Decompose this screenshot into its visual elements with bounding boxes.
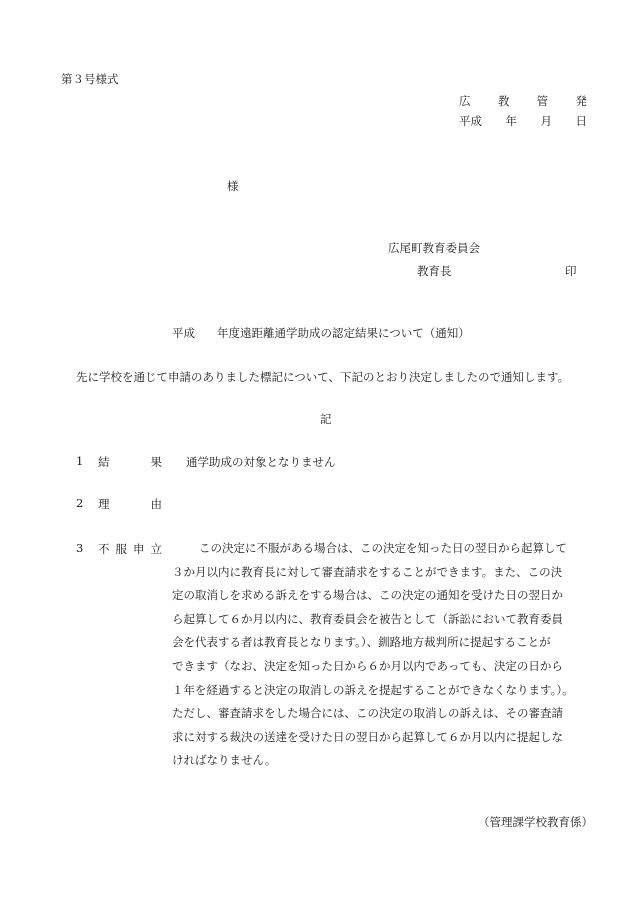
doc-number-part: 教 <box>498 93 510 109</box>
appeal-line: ければなりません。 <box>172 749 592 773</box>
ki-heading: 記 <box>320 411 332 427</box>
appeal-line: ら起算して６か月以内に、教育委員会を被告として（訴訟において教育委員 <box>172 608 592 632</box>
appeal-line: できます（なお、決定を知った日から６か月以内であっても、決定の日から <box>172 655 592 679</box>
date-day: 日 <box>576 113 588 129</box>
date-era: 平成 <box>459 113 482 129</box>
date-month: 月 <box>541 113 553 129</box>
appeal-line: 求に対する裁決の送達を受けた日の翌日から起算して６か月以内に提起しな <box>172 726 592 750</box>
appeal-line: ３か月以内に教育長に対して審査請求をすることができます。また、この決 <box>172 561 592 585</box>
item-number: 2 <box>76 496 83 510</box>
doc-number-part: 広 <box>459 93 471 109</box>
appeal-paragraph: この決定に不服がある場合は、この決定を知った日の翌日から起算して ３か月以内に教… <box>172 537 592 773</box>
item-value-result: 通学助成の対象となりません <box>186 454 336 470</box>
issuer-title: 教育長 <box>417 263 452 279</box>
doc-number-part: 発 <box>575 93 587 109</box>
doc-number-part: 管 <box>537 93 549 109</box>
footer-department: （管理課学校教育係） <box>478 814 593 830</box>
issuer-organization: 広尾町教育委員会 <box>388 240 480 256</box>
subject-text: 年度遠距離通学助成の認定結果について（通知） <box>217 326 470 340</box>
issue-date: 平成 年 月 日 <box>459 113 587 129</box>
item-number: 1 <box>76 454 83 468</box>
appeal-line: 会を代表する者は教育長となります。）、釧路地方裁判所に提起することが <box>172 631 592 655</box>
item-label-reason: 理 由 <box>98 496 162 512</box>
appeal-line: 定の取消しを求める訴えをする場合は、この決定の通知を受けた日の翌日か <box>172 584 592 608</box>
item-label-appeal: 不 服 申 立 <box>98 541 162 557</box>
addressee-honorific: 様 <box>227 178 239 194</box>
seal-mark: 印 <box>565 263 577 279</box>
document-number: 広 教 管 発 <box>459 93 587 109</box>
form-number: 第３号様式 <box>61 71 119 87</box>
subject-era: 平成 <box>172 326 195 340</box>
date-year: 年 <box>506 113 518 129</box>
item-label-result: 結 果 <box>98 454 162 470</box>
appeal-line: この決定に不服がある場合は、この決定を知った日の翌日から起算して <box>172 537 592 561</box>
lead-paragraph: 先に学校を通じて申請のありました標記について、下記のとおり決定しましたので通知し… <box>76 369 569 385</box>
item-number: 3 <box>76 541 83 555</box>
subject-title: 平成年度遠距離通学助成の認定結果について（通知） <box>172 325 470 341</box>
appeal-line: １年を経過すると決定の取消しの訴えを提起することができなくなります。）。 <box>172 679 592 703</box>
appeal-line: ただし、審査請求をした場合には、この決定の取消しの訴えは、その審査請 <box>172 702 592 726</box>
